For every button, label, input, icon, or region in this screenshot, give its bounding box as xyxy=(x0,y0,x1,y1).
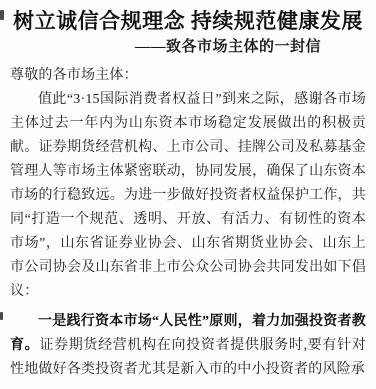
scan-artifact xyxy=(0,312,3,320)
document-title: 树立诚信合规理念 持续规范健康发展 xyxy=(10,6,366,36)
body-paragraph-2: 一是践行资本市场“人民性”原则，着力加强投资者教育。证券期货经营机构在向投资者提… xyxy=(10,310,366,382)
document-page: 树立诚信合规理念 持续规范健康发展 ——致各市场主体的一封信 尊敬的各市场主体：… xyxy=(0,0,376,389)
body-paragraph-1: 值此“3·15国际消费者权益日”到来之际，感谢各市场主体过去一年内为山东资本市场… xyxy=(10,88,366,304)
paragraph-2-body-text: 证券期货经营机构在向投资者提供服务时,要有针对性地做好各类投资者尤其是新入市的中… xyxy=(10,338,366,377)
salutation-line: 尊敬的各市场主体： xyxy=(10,64,366,88)
scan-artifact xyxy=(0,10,4,20)
document-subtitle: ——致各市场主体的一封信 xyxy=(10,36,366,58)
